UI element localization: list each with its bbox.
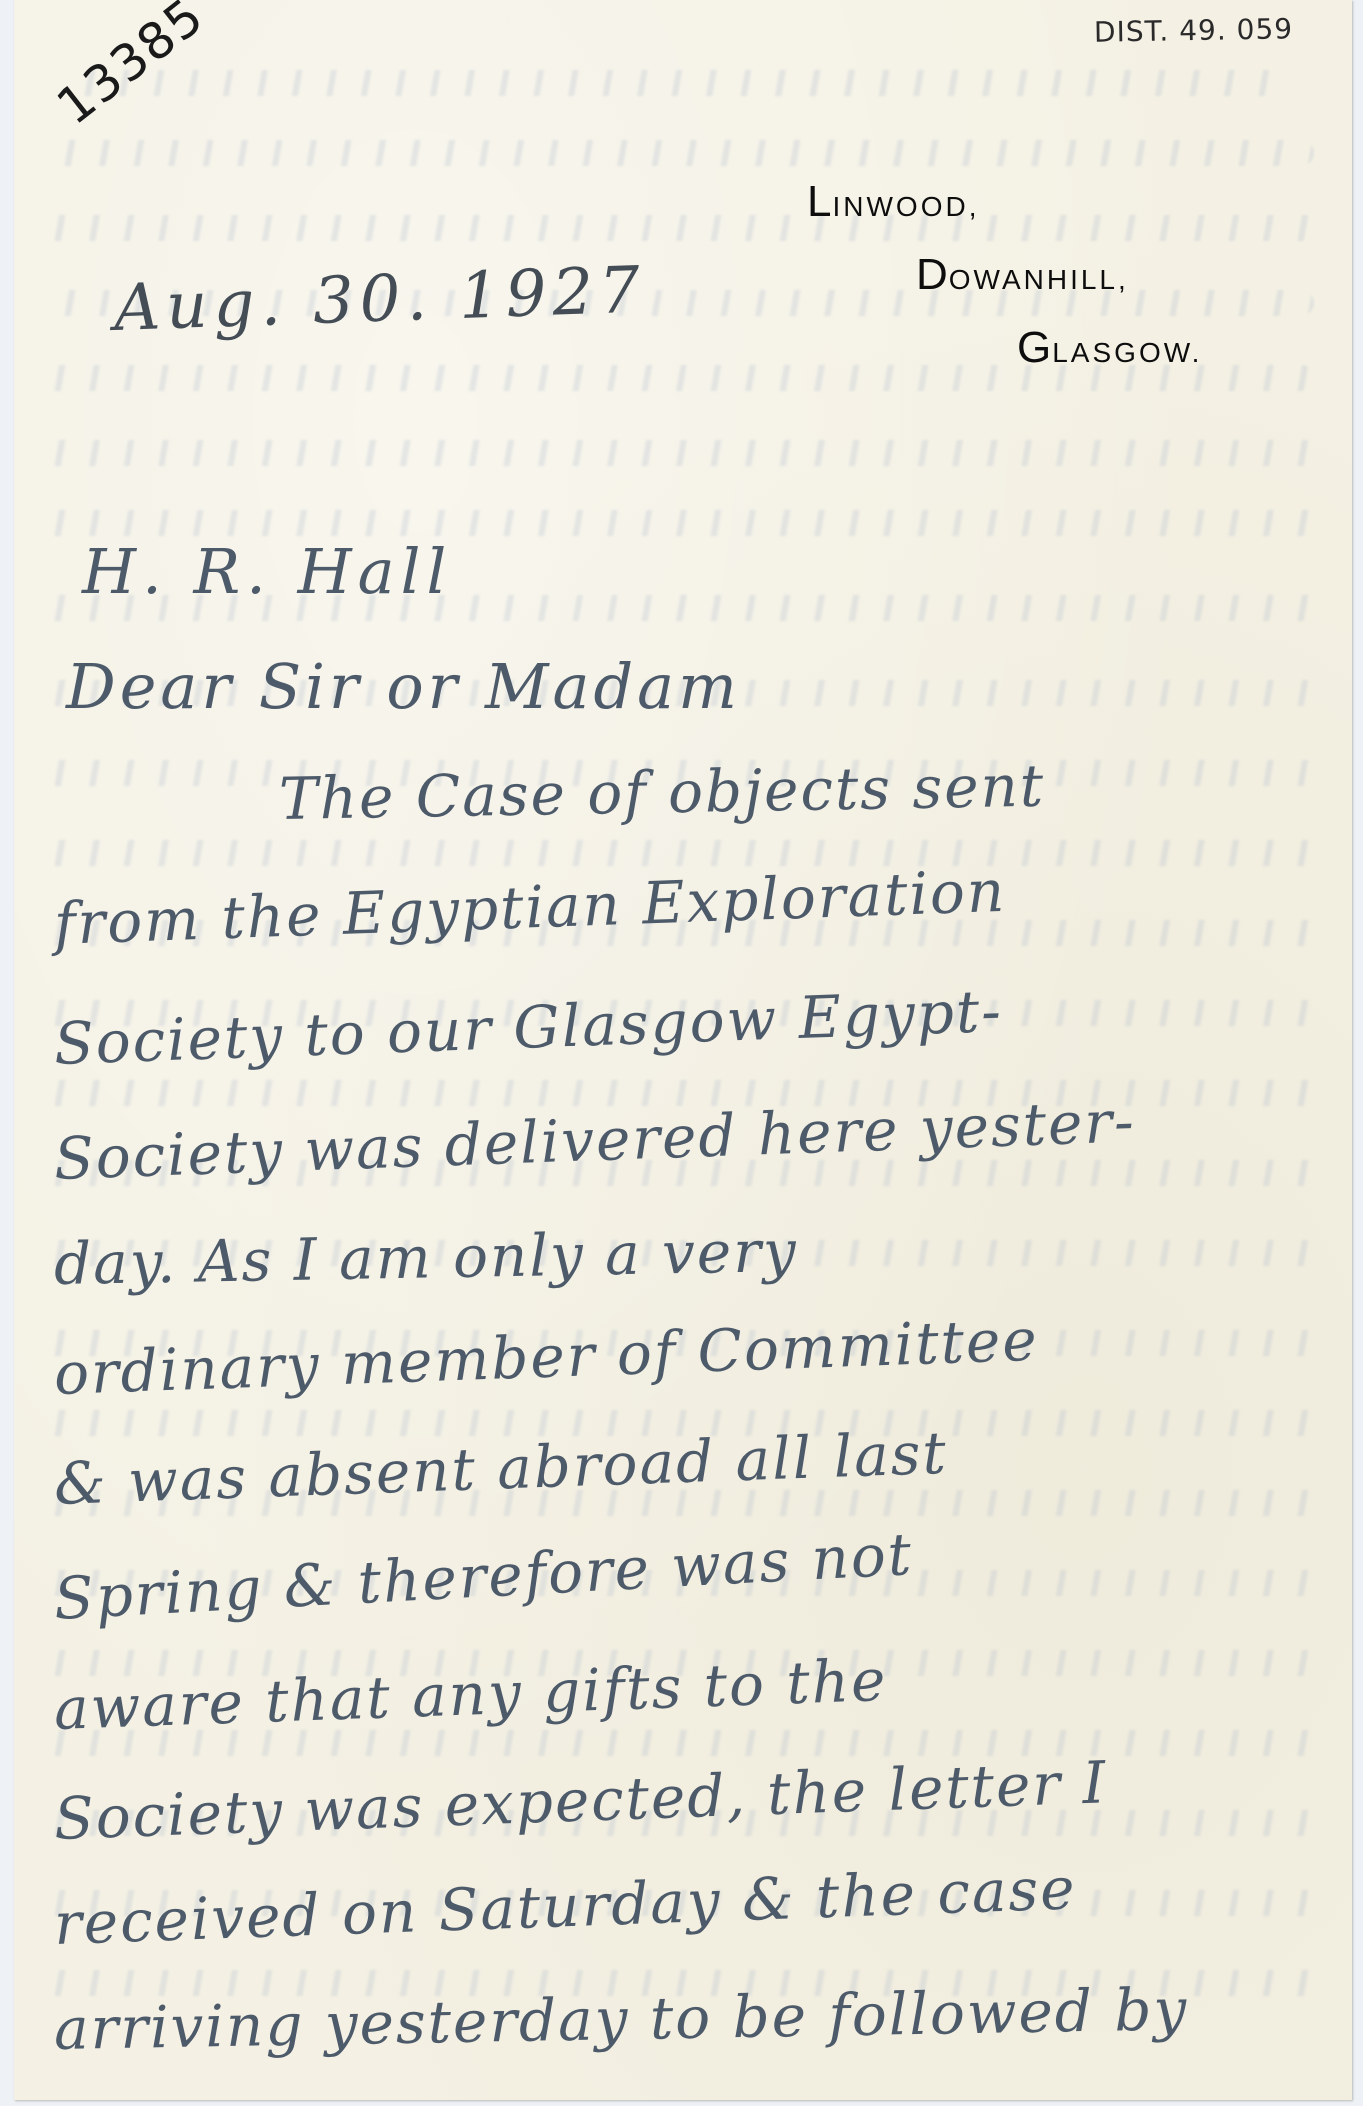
letterhead-text: OWANHILL, — [949, 264, 1129, 295]
body-line: The Case of objects sent — [278, 752, 1045, 833]
letterhead-initial: L — [807, 177, 832, 226]
letter-salutation: Dear Sir or Madam — [66, 650, 741, 723]
letterhead-text: INWOOD, — [832, 191, 979, 222]
letter-page: 13385 DIST. 49. 059 LINWOOD, DOWANHILL, … — [14, 0, 1352, 2100]
body-line: day. As I am only a very — [53, 1217, 798, 1298]
letterhead-initial: D — [916, 250, 949, 299]
letterhead-line-3: GLASGOW. — [1017, 326, 1202, 370]
letterhead-text: LASGOW. — [1052, 337, 1202, 368]
letter-recipient: H. R. Hall — [82, 535, 452, 608]
letterhead-line-1: LINWOOD, — [807, 180, 979, 224]
archive-number: 13385 — [46, 0, 215, 136]
accession-number: DIST. 49. 059 — [1094, 12, 1294, 48]
letterhead-initial: G — [1017, 323, 1052, 372]
letterhead-line-2: DOWANHILL, — [916, 253, 1129, 297]
